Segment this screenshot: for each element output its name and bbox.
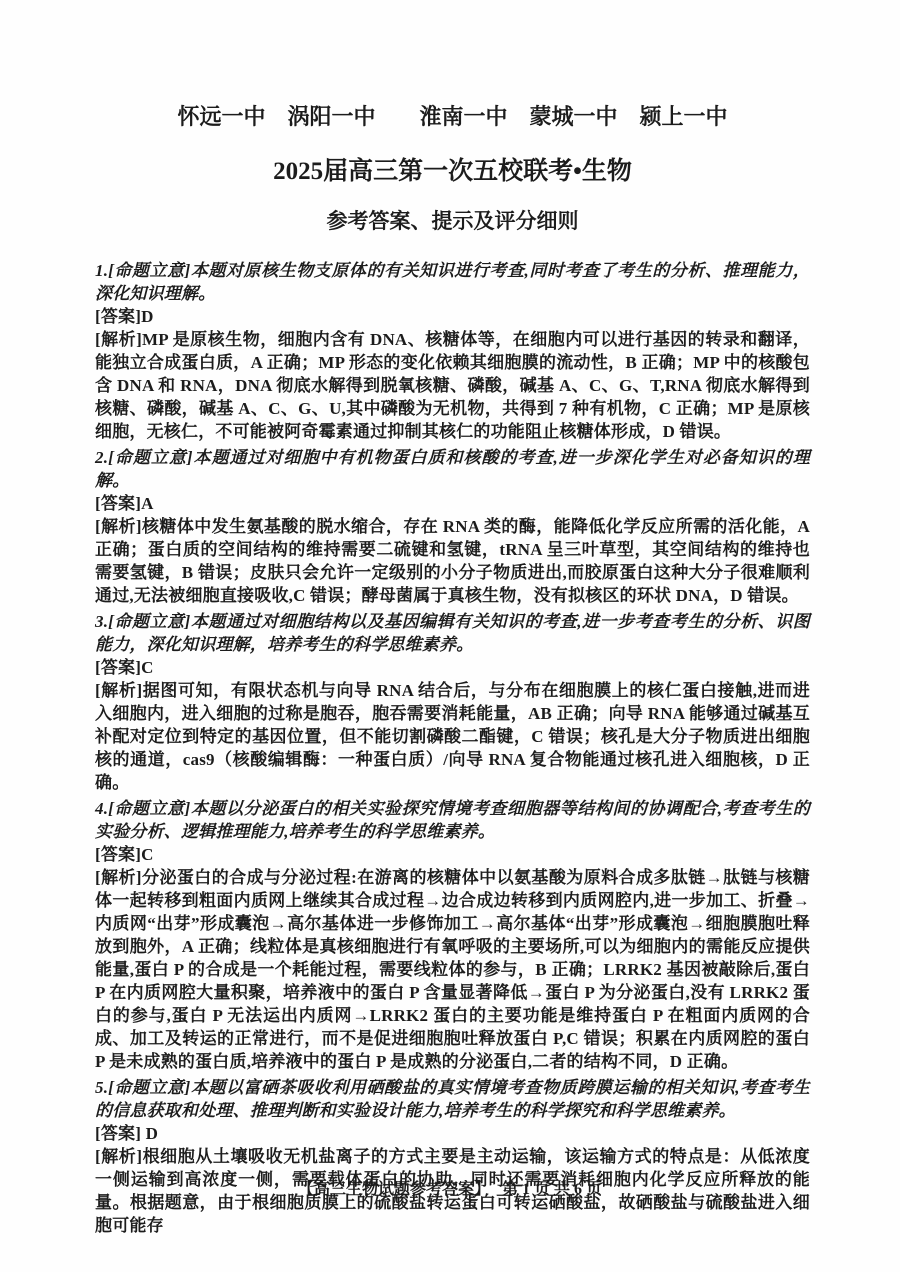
question-block-3: 3.[命题立意]本题通过对细胞结构以及基因编辑有关知识的考查,进一步考查考生的分…	[95, 610, 810, 794]
question-answer: [答案]A	[95, 492, 810, 515]
footer-page-info: 第 1 页 共 6 页	[502, 1181, 602, 1198]
question-answer: [答案]C	[95, 656, 810, 679]
question-analysis: [解析]据图可知，有限状态机与向导 RNA 结合后，与分布在细胞膜上的核仁蛋白接…	[95, 679, 810, 794]
question-intent: 2.[命题立意]本题通过对细胞中有机物蛋白质和核酸的考查,进一步深化学生对必备知…	[95, 446, 810, 492]
header: 怀远一中 涡阳一中 淮南一中 蒙城一中 颍上一中 2025届高三第一次五校联考•…	[95, 100, 810, 235]
question-answer: [答案]D	[95, 305, 810, 328]
question-block-2: 2.[命题立意]本题通过对细胞中有机物蛋白质和核酸的考查,进一步深化学生对必备知…	[95, 446, 810, 607]
answer-key-subtitle: 参考答案、提示及评分细则	[95, 205, 810, 235]
answers-content: 1.[命题立意]本题对原核生物支原体的有关知识进行考查,同时考查了考生的分析、推…	[95, 259, 810, 1237]
answer-key-page: 怀远一中 涡阳一中 淮南一中 蒙城一中 颍上一中 2025届高三第一次五校联考•…	[0, 0, 900, 1272]
footer-doc-label: 【高三生物试题参考答案】	[298, 1181, 490, 1198]
page-footer: 【高三生物试题参考答案】第 1 页 共 6 页	[0, 1176, 900, 1199]
school-names: 怀远一中 涡阳一中 淮南一中 蒙城一中 颍上一中	[95, 100, 810, 131]
question-analysis: [解析]MP 是原核生物，细胞内含有 DNA、核糖体等，在细胞内可以进行基因的转…	[95, 328, 810, 443]
question-answer: [答案]C	[95, 843, 810, 866]
question-analysis: [解析]核糖体中发生氨基酸的脱水缩合，存在 RNA 类的酶，能降低化学反应所需的…	[95, 515, 810, 607]
question-intent: 5.[命题立意]本题以富硒茶吸收利用硒酸盐的真实情境考查物质跨膜运输的相关知识,…	[95, 1076, 810, 1122]
question-intent: 3.[命题立意]本题通过对细胞结构以及基因编辑有关知识的考查,进一步考查考生的分…	[95, 610, 810, 656]
question-block-5: 5.[命题立意]本题以富硒茶吸收利用硒酸盐的真实情境考查物质跨膜运输的相关知识,…	[95, 1076, 810, 1237]
question-analysis: [解析]分泌蛋白的合成与分泌过程:在游离的核糖体中以氨基酸为原料合成多肽链→肽链…	[95, 866, 810, 1073]
question-intent: 1.[命题立意]本题对原核生物支原体的有关知识进行考查,同时考查了考生的分析、推…	[95, 259, 810, 305]
question-block-4: 4.[命题立意]本题以分泌蛋白的相关实验探究情境考查细胞器等结构间的协调配合,考…	[95, 797, 810, 1073]
question-answer: [答案] D	[95, 1122, 810, 1145]
question-block-1: 1.[命题立意]本题对原核生物支原体的有关知识进行考查,同时考查了考生的分析、推…	[95, 259, 810, 443]
question-intent: 4.[命题立意]本题以分泌蛋白的相关实验探究情境考查细胞器等结构间的协调配合,考…	[95, 797, 810, 843]
exam-title: 2025届高三第一次五校联考•生物	[95, 151, 810, 187]
